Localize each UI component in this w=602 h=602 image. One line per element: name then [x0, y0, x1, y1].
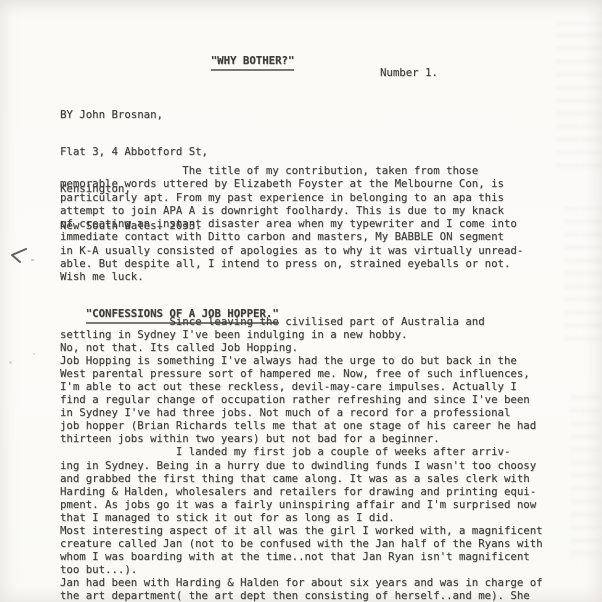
document-title: "WHY BOTHER?" — [185, 41, 294, 84]
ink-speck — [9, 361, 12, 364]
handwritten-check-mark-icon — [8, 247, 30, 264]
document-title-text: "WHY BOTHER?" — [211, 54, 295, 70]
page-bleed-through — [556, 22, 602, 172]
scanned-typewritten-page: "WHY BOTHER?" Number 1. BY John Brosnan,… — [0, 0, 602, 602]
ink-speck — [31, 259, 34, 261]
intro-paragraph: The title of my contribution, taken from… — [60, 164, 523, 284]
page-bleed-through — [570, 390, 600, 560]
byline-street-line: Flat 3, 4 Abbotford St, — [60, 146, 208, 158]
page-bleed-through — [564, 205, 602, 345]
body-paragraph: Since leaving the civilised part of Aust… — [60, 315, 543, 602]
ink-speck — [33, 353, 35, 355]
byline-author-line: BY John Brosnan, — [60, 109, 208, 121]
issue-number: Number 1. — [380, 66, 438, 79]
